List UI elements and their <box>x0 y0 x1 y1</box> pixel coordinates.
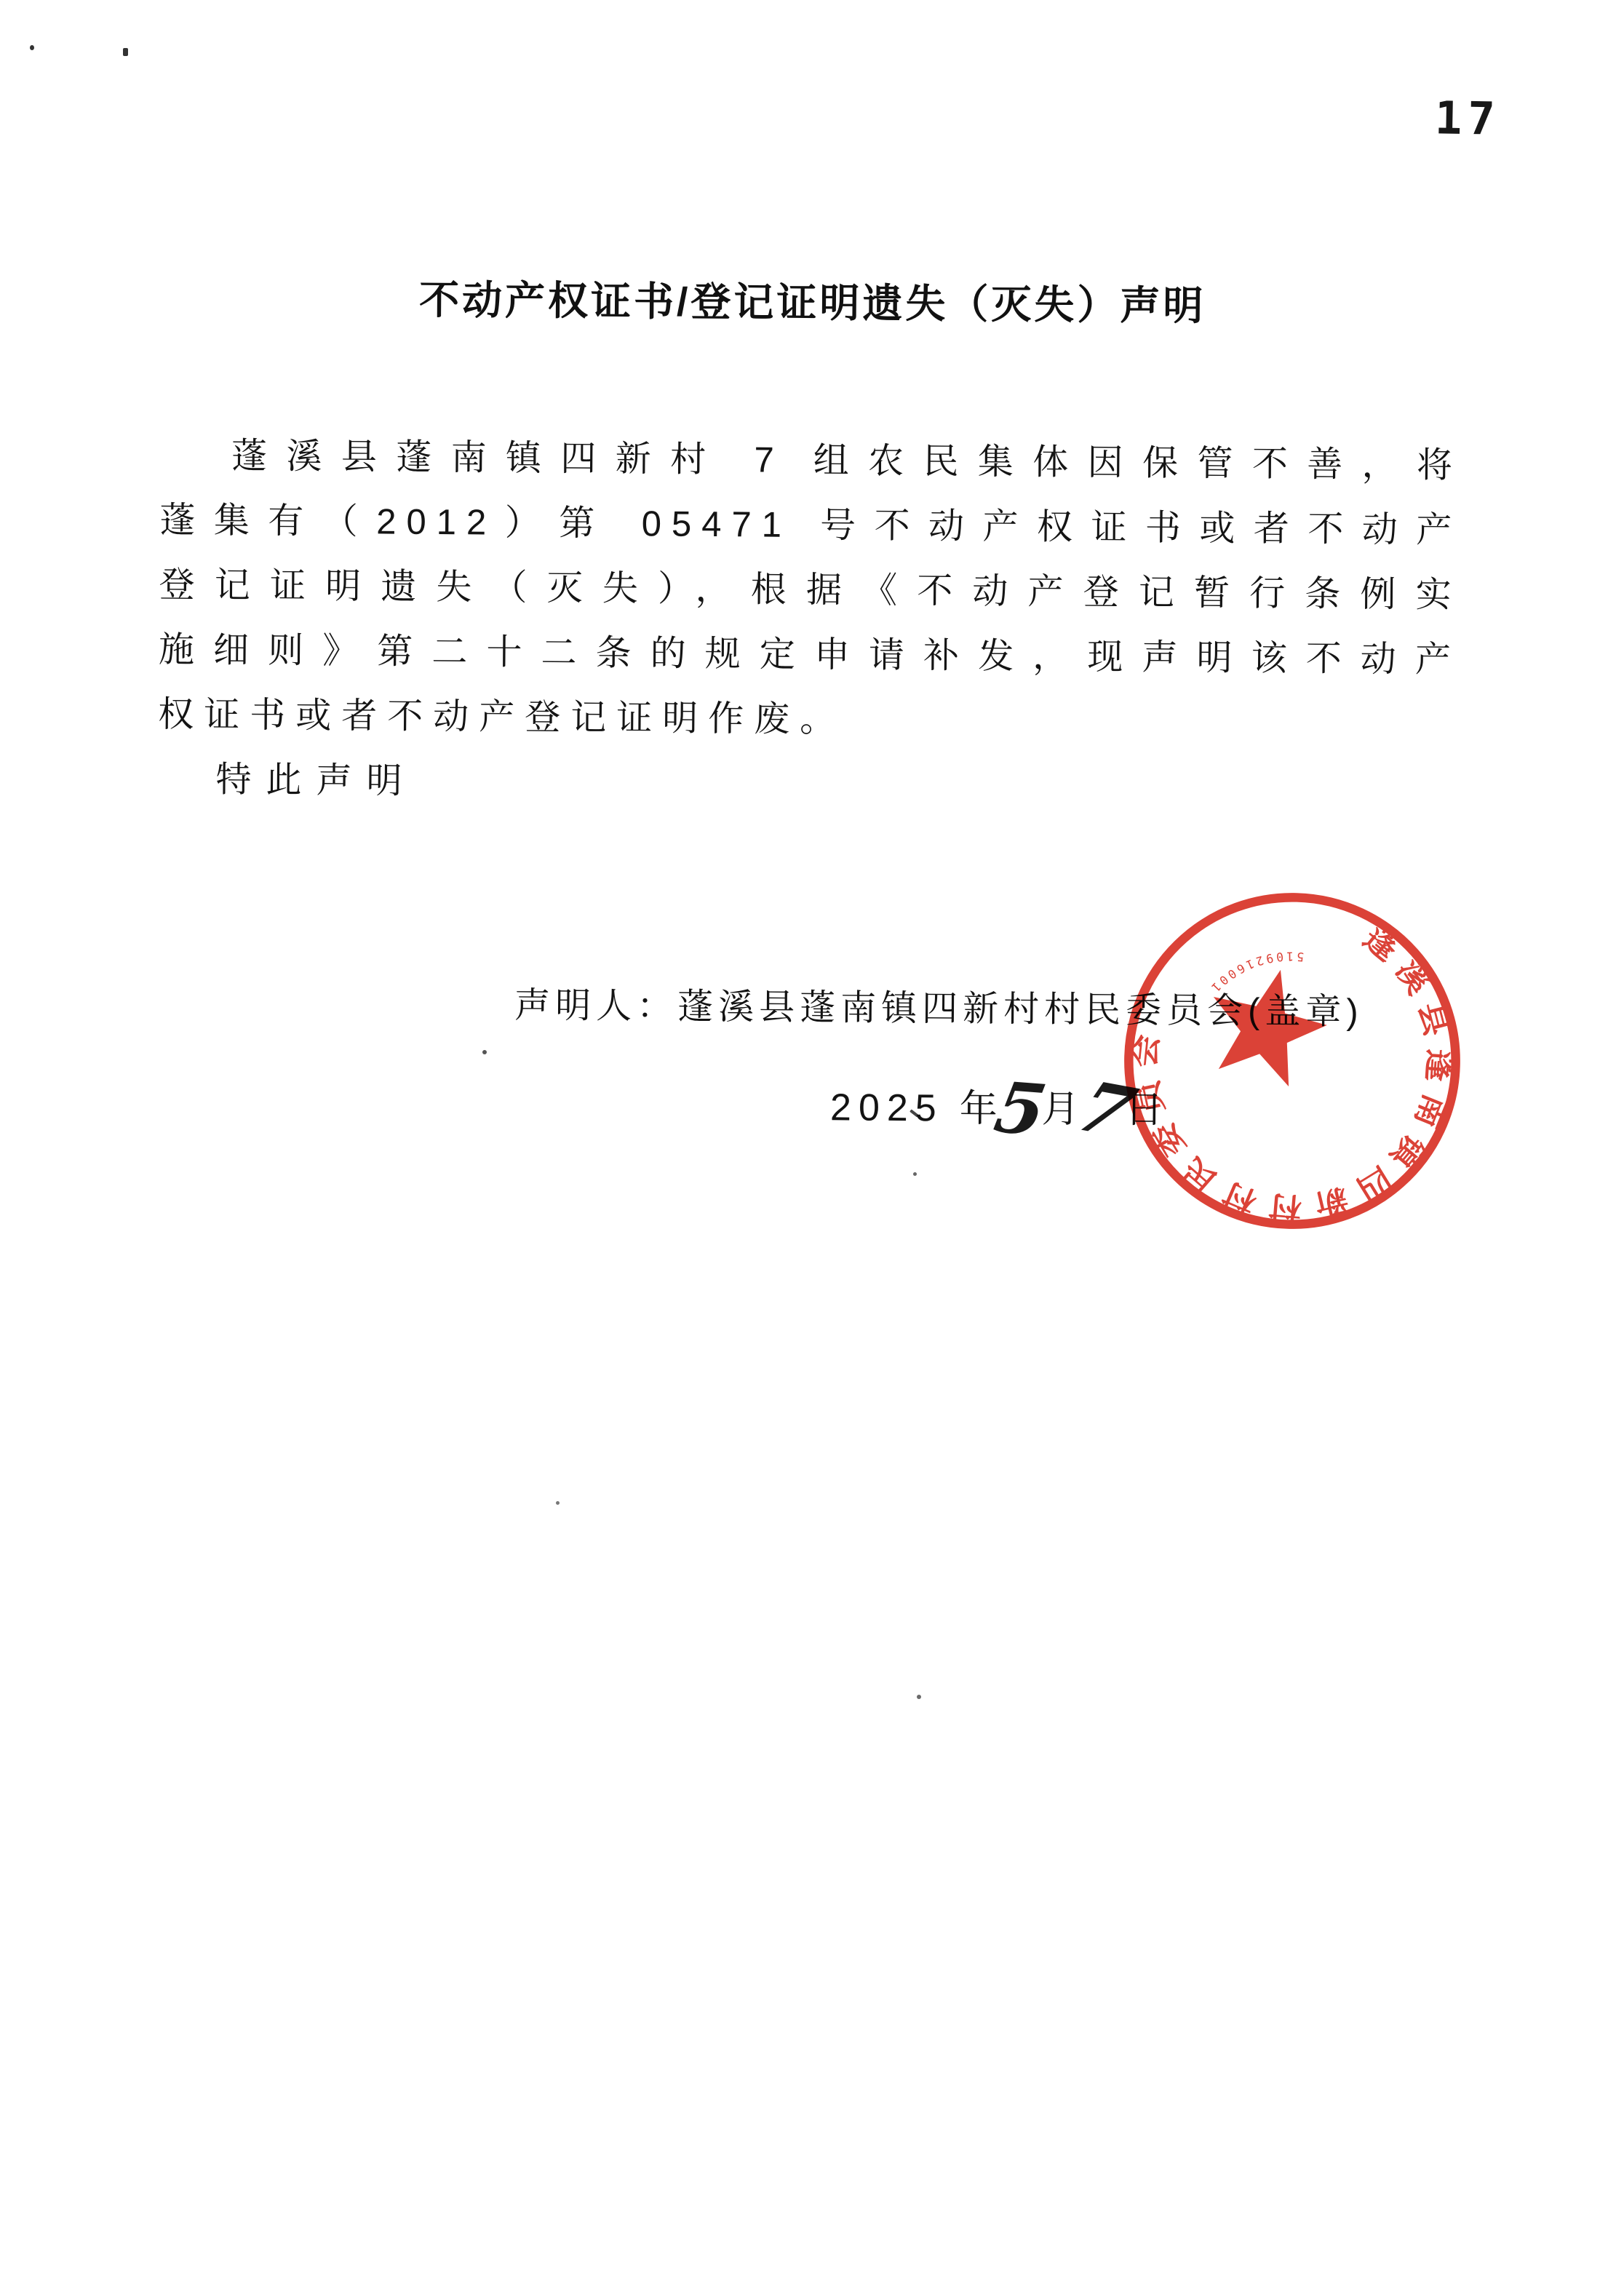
document-content: 不动产权证书/登记证明遗失（灭失）声明 蓬溪县蓬南镇四新村 7 组农民集体因保管… <box>155 275 1464 1138</box>
body-line: 蓬集有（2012）第 05471 号不动产权证书或者不动产 <box>159 488 1462 563</box>
date-line: 2025 年 5 月 7 日 <box>155 1077 1457 1138</box>
scan-speck <box>913 1172 917 1176</box>
scan-speck <box>123 48 128 56</box>
scanned-document-page: { "page": { "number": "17" }, "title": "… <box>0 0 1624 2279</box>
scan-speck <box>917 1695 921 1699</box>
document-title: 不动产权证书/登记证明遗失（灭失）声明 <box>162 275 1464 330</box>
closing-statement: 特此声明 <box>157 747 1460 822</box>
declarant-label: 声明人： <box>514 986 677 1027</box>
handwritten-month: 5 <box>991 1082 1048 1136</box>
body-line: 蓬溪县蓬南镇四新村 7 组农民集体因保管不善，将 <box>160 423 1463 498</box>
body-line: 权证书或者不动产登记证明作废。 <box>158 683 1461 757</box>
scan-speck <box>556 1501 560 1505</box>
page-number: 17 <box>1434 91 1501 146</box>
declarant-line: 声明人：蓬溪县蓬南镇四新村村民委员会(盖章) <box>156 981 1458 1035</box>
declarant-name: 蓬溪县蓬南镇四新村村民委员会(盖章) <box>677 987 1364 1032</box>
body-paragraph: 蓬溪县蓬南镇四新村 7 组农民集体因保管不善，将 蓬集有（2012）第 0547… <box>157 423 1462 822</box>
body-line: 施细则》第二十二条的规定申请补发，现声明该不动产 <box>159 618 1462 693</box>
scan-speck <box>30 45 34 50</box>
date-year: 2025 <box>830 1082 944 1134</box>
body-line: 登记证明遗失（灭失），根据《不动产登记暂行条例实 <box>159 553 1462 628</box>
